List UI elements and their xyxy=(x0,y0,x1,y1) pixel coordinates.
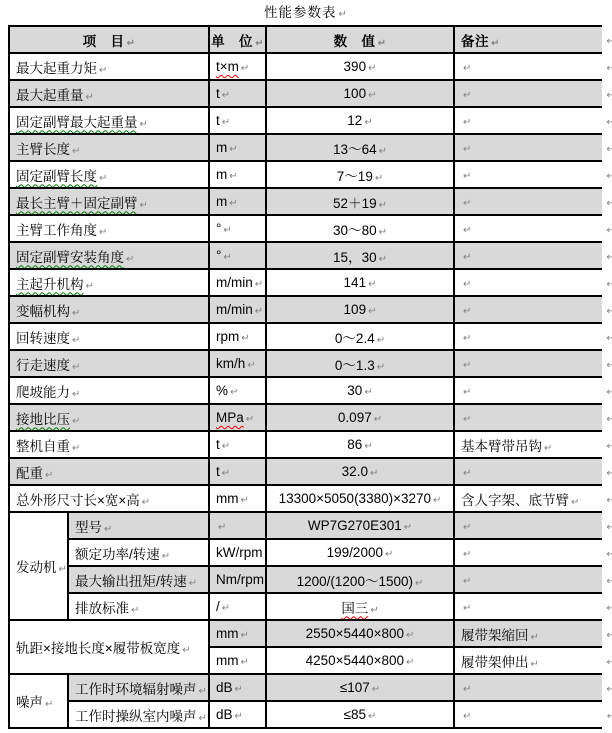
group-cell-text: 噪声 xyxy=(16,695,43,710)
unit-cell: t×m↵ xyxy=(209,53,266,80)
item-cell: 固定副臂最大起重量↵ xyxy=(9,107,209,134)
cell-end-mark-icon: ↵ xyxy=(140,200,148,211)
unit-cell-text: dB xyxy=(216,707,233,722)
value-cell: 109↵ xyxy=(266,296,454,323)
value-cell: 100↵ xyxy=(266,80,454,107)
header-value-text: 数 值 xyxy=(334,34,376,49)
unit-cell: km/h↵ xyxy=(209,350,266,377)
table-row: 最大起重量↵t↵100↵↵↵ xyxy=(9,80,612,107)
row-end: ↵ xyxy=(602,701,612,728)
row-end: ↵ xyxy=(602,323,612,350)
note-cell: 含人字架、底节臂↵ xyxy=(454,485,602,512)
row-end-mark-icon: ↵ xyxy=(606,576,612,587)
value-cell: 国三↵ xyxy=(266,593,454,620)
item-cell-text: 总外形尺寸长×宽×高 xyxy=(16,493,140,508)
value-cell-text: 30 xyxy=(347,383,362,398)
row-end-mark-icon: ↵ xyxy=(606,387,612,398)
header-item: 项 目↵ xyxy=(9,26,209,53)
cell-end-mark-icon: ↵ xyxy=(415,578,423,589)
unit-cell-text: m xyxy=(216,140,227,155)
cell-end-mark-icon: ↵ xyxy=(463,522,471,533)
cell-end-mark-icon: ↵ xyxy=(247,360,255,371)
cell-end-mark-icon: ↵ xyxy=(162,551,170,562)
table-title: 性能参数表↵ xyxy=(0,3,612,25)
note-cell: ↵ xyxy=(454,215,602,242)
cell-end-mark-icon: ↵ xyxy=(229,171,237,182)
value-cell: 0.097↵ xyxy=(266,404,454,431)
cell-end-mark-icon: ↵ xyxy=(463,414,471,425)
unit-cell-text: kW/rpm xyxy=(216,545,263,560)
item-cell-text: 固定副臂安装角度 xyxy=(16,250,124,265)
value-cell-text: 109 xyxy=(344,302,367,317)
value-cell: 199/2000↵ xyxy=(266,539,454,566)
item-cell: 主臂工作角度↵ xyxy=(9,215,209,242)
cell-end-mark-icon: ↵ xyxy=(377,362,385,373)
item-cell-text: 接地比压 xyxy=(16,412,70,427)
unit-cell: /↵ xyxy=(209,593,266,620)
unit-cell: mm↵ xyxy=(209,485,266,512)
cell-end-mark-icon: ↵ xyxy=(241,63,249,74)
sub-item-cell: 最大输出扭矩/转速↵ xyxy=(68,566,209,593)
note-cell: ↵ xyxy=(454,296,602,323)
row-end-mark-icon: ↵ xyxy=(606,252,612,263)
table-row: 轨距×接地长度×履带板宽度↵mm↵2550×5440×800↵履带架缩回↵↵ xyxy=(9,620,612,647)
cell-end-mark-icon: ↵ xyxy=(463,468,471,479)
note-cell: 履带架缩回↵ xyxy=(454,620,602,647)
item-cell-text: 爬坡能力 xyxy=(16,385,70,400)
row-end-mark-icon: ↵ xyxy=(606,198,612,209)
value-cell-text: 0.097 xyxy=(338,410,372,425)
value-cell-text: 13～64 xyxy=(333,142,377,157)
cell-end-mark-icon: ↵ xyxy=(378,38,387,49)
row-end: ↵ xyxy=(602,458,612,485)
cell-end-mark-icon: ↵ xyxy=(255,38,264,49)
table-row: 最大起重力矩↵t×m↵390↵↵↵ xyxy=(9,53,612,80)
value-cell-text: 86 xyxy=(347,437,362,452)
item-cell: 变幅机构↵ xyxy=(9,296,209,323)
cell-end-mark-icon: ↵ xyxy=(385,549,393,560)
sub-item-cell-text: 工作时操纵室内噪声 xyxy=(75,709,197,724)
item-cell: 轨距×接地长度×履带板宽度↵ xyxy=(9,620,209,674)
row-end: ↵ xyxy=(602,404,612,431)
cell-end-mark-icon: ↵ xyxy=(463,603,471,614)
item-cell-text: 轨距×接地长度×履带板宽度 xyxy=(16,641,180,656)
value-cell-text: ≤85 xyxy=(344,707,366,722)
header-value: 数 值↵ xyxy=(266,26,454,53)
cell-end-mark-icon: ↵ xyxy=(59,564,67,575)
item-cell: 爬坡能力↵ xyxy=(9,377,209,404)
value-cell-text: WP7G270E301 xyxy=(308,518,402,533)
unit-cell-text: t xyxy=(216,113,220,128)
item-cell-text: 变幅机构 xyxy=(16,304,70,319)
cell-end-mark-icon: ↵ xyxy=(235,711,243,722)
group-cell: 发动机↵ xyxy=(9,512,68,620)
value-cell: 4250×5440×800↵ xyxy=(266,647,454,674)
table-row: 回转速度↵rpm↵0～2.4↵↵↵ xyxy=(9,323,612,350)
note-cell: ↵ xyxy=(454,458,602,485)
unit-cell: kW/rpm↵ xyxy=(209,539,266,566)
header-item-text: 项 目 xyxy=(83,34,125,49)
cell-end-mark-icon: ↵ xyxy=(222,441,230,452)
value-cell-text: 15，30 xyxy=(333,250,377,265)
row-end-mark-icon: ↵ xyxy=(606,63,612,74)
unit-cell-text: mm xyxy=(216,491,239,506)
cell-end-mark-icon: ↵ xyxy=(531,659,539,670)
cell-end-mark-icon: ↵ xyxy=(372,684,380,695)
cell-end-mark-icon: ↵ xyxy=(463,333,471,344)
value-cell-text: 12 xyxy=(347,113,362,128)
value-cell-text: 141 xyxy=(344,275,367,290)
cell-end-mark-icon: ↵ xyxy=(463,171,471,182)
item-cell: 最大起重量↵ xyxy=(9,80,209,107)
row-end-mark-icon: ↵ xyxy=(606,225,612,236)
cell-end-mark-icon: ↵ xyxy=(229,144,237,155)
cell-end-mark-icon: ↵ xyxy=(544,443,552,454)
cell-end-mark-icon: ↵ xyxy=(86,92,94,103)
unit-cell: ↵ xyxy=(209,512,266,539)
table-row: 噪声↵工作时环境辐射噪声↵dB↵≤107↵↵↵ xyxy=(9,674,612,701)
cell-end-mark-icon: ↵ xyxy=(463,90,471,101)
row-end-mark-icon: ↵ xyxy=(606,684,612,695)
cell-end-mark-icon: ↵ xyxy=(379,254,387,265)
unit-cell: dB↵ xyxy=(209,701,266,728)
cell-end-mark-icon: ↵ xyxy=(142,497,150,508)
cell-end-mark-icon: ↵ xyxy=(222,603,230,614)
item-cell: 行走速度↵ xyxy=(9,350,209,377)
value-cell: 13300×5050(3380)×3270↵ xyxy=(266,485,454,512)
unit-cell: %↵ xyxy=(209,377,266,404)
table-row: 额定功率/转速↵kW/rpm↵199/2000↵↵↵ xyxy=(9,539,612,566)
row-end: ↵ xyxy=(602,53,612,80)
row-end: ↵ xyxy=(602,350,612,377)
value-cell: 52＋19↵ xyxy=(266,188,454,215)
row-end: ↵ xyxy=(602,485,612,512)
table-title-text: 性能参数表 xyxy=(264,5,337,20)
value-cell-text: 390 xyxy=(344,59,367,74)
cell-end-mark-icon: ↵ xyxy=(463,549,471,560)
note-cell: ↵ xyxy=(454,674,602,701)
cell-end-mark-icon: ↵ xyxy=(199,686,207,697)
value-cell-text: 199/2000 xyxy=(327,545,383,560)
note-cell: 基本臂带吊钩↵ xyxy=(454,431,602,458)
cell-end-mark-icon: ↵ xyxy=(72,146,80,157)
row-end-mark-icon: ↵ xyxy=(606,522,612,533)
value-cell-text: 1200/(1200～1500) xyxy=(297,574,413,589)
cell-end-mark-icon: ↵ xyxy=(72,389,80,400)
row-end-mark-icon: ↵ xyxy=(606,549,612,560)
item-cell-text: 配重 xyxy=(16,466,43,481)
value-cell-text: ≤107 xyxy=(340,680,370,695)
cell-end-mark-icon: ↵ xyxy=(104,524,112,535)
item-cell: 回转速度↵ xyxy=(9,323,209,350)
table-row: 固定副臂长度↵m↵7～19↵↵↵ xyxy=(9,161,612,188)
item-cell-text: 行走速度 xyxy=(16,358,70,373)
cell-end-mark-icon: ↵ xyxy=(463,225,471,236)
cell-end-mark-icon: ↵ xyxy=(463,117,471,128)
value-cell: 30↵ xyxy=(266,377,454,404)
value-cell: 32.0↵ xyxy=(266,458,454,485)
unit-cell-text: MPa xyxy=(216,410,244,425)
header-unit: 单 位↵ xyxy=(209,26,266,53)
sub-item-cell-text: 工作时环境辐射噪声 xyxy=(75,682,197,697)
unit-cell: m/min↵ xyxy=(209,269,266,296)
value-cell-text: 0～1.3 xyxy=(335,358,375,373)
value-cell: 15，30↵ xyxy=(266,242,454,269)
value-cell-text: 13300×5050(3380)×3270 xyxy=(279,491,431,506)
header-note-text: 备注 xyxy=(461,34,489,49)
cell-end-mark-icon: ↵ xyxy=(246,414,254,425)
table-row: 整机自重↵t↵86↵基本臂带吊钩↵↵ xyxy=(9,431,612,458)
item-cell-text: 回转速度 xyxy=(16,331,70,346)
unit-cell-text: / xyxy=(216,599,220,614)
value-cell-text: 2550×5440×800 xyxy=(306,626,404,641)
row-end-mark-icon: ↵ xyxy=(606,306,612,317)
note-cell: ↵ xyxy=(454,188,602,215)
unit-cell-text: t xyxy=(216,437,220,452)
cell-end-mark-icon: ↵ xyxy=(571,497,579,508)
unit-cell-text: t xyxy=(216,86,220,101)
cell-end-mark-icon: ↵ xyxy=(72,416,80,427)
cell-end-mark-icon: ↵ xyxy=(255,279,263,290)
sub-item-cell: 工作时环境辐射噪声↵ xyxy=(68,674,209,701)
note-cell: ↵ xyxy=(454,134,602,161)
cell-end-mark-icon: ↵ xyxy=(223,225,231,236)
note-cell: ↵ xyxy=(454,323,602,350)
cell-end-mark-icon: ↵ xyxy=(140,119,148,130)
item-cell: 配重↵ xyxy=(9,458,209,485)
table-row: 总外形尺寸长×宽×高↵mm↵13300×5050(3380)×3270↵含人字架… xyxy=(9,485,612,512)
item-cell: 最大起重力矩↵ xyxy=(9,53,209,80)
unit-cell-text: % xyxy=(216,383,228,398)
unit-cell: rpm↵ xyxy=(209,323,266,350)
cell-end-mark-icon: ↵ xyxy=(199,713,207,724)
note-cell-text: 履带架伸出 xyxy=(461,655,529,670)
item-cell: 总外形尺寸长×宽×高↵ xyxy=(9,485,209,512)
cell-end-mark-icon: ↵ xyxy=(241,495,249,506)
cell-end-mark-icon: ↵ xyxy=(368,279,376,290)
value-cell: 7～19↵ xyxy=(266,161,454,188)
cell-end-mark-icon: ↵ xyxy=(463,576,471,587)
table-row: 最大输出扭矩/转速↵Nm/rpm↵1200/(1200～1500)↵↵↵ xyxy=(9,566,612,593)
item-cell: 主起升机构↵ xyxy=(9,269,209,296)
cell-end-mark-icon: ↵ xyxy=(99,173,107,184)
row-end-mark-icon: ↵ xyxy=(606,279,612,290)
item-cell: 固定副臂长度↵ xyxy=(9,161,209,188)
note-cell: ↵ xyxy=(454,242,602,269)
cell-end-mark-icon: ↵ xyxy=(182,645,190,656)
table-row: 排放标准↵/↵国三↵↵↵ xyxy=(9,593,612,620)
note-cell: ↵ xyxy=(454,80,602,107)
cell-end-mark-icon: ↵ xyxy=(463,306,471,317)
table-row: 工作时操纵室内噪声↵dB↵≤85↵↵↵ xyxy=(9,701,612,728)
cell-end-mark-icon: ↵ xyxy=(379,200,387,211)
sub-item-cell: 额定功率/转速↵ xyxy=(68,539,209,566)
cell-end-mark-icon: ↵ xyxy=(235,684,243,695)
value-cell-text: 32.0 xyxy=(342,464,368,479)
cell-end-mark-icon: ↵ xyxy=(368,711,376,722)
cell-end-mark-icon: ↵ xyxy=(463,198,471,209)
row-end: ↵ xyxy=(602,620,612,647)
table-row: 固定副臂安装角度↵°↵15，30↵↵↵ xyxy=(9,242,612,269)
item-cell: 固定副臂安装角度↵ xyxy=(9,242,209,269)
cell-end-mark-icon: ↵ xyxy=(433,495,441,506)
row-end: ↵ xyxy=(602,431,612,458)
item-cell: 最长主臂＋固定副臂↵ xyxy=(9,188,209,215)
parameters-table-body: 项 目↵单 位↵数 值↵备注↵↵最大起重力矩↵t×m↵390↵↵↵最大起重量↵t… xyxy=(9,26,612,728)
table-row: 爬坡能力↵%↵30↵↵↵ xyxy=(9,377,612,404)
row-end-mark-icon: ↵ xyxy=(606,468,612,479)
note-cell: ↵ xyxy=(454,566,602,593)
unit-cell: m/min↵ xyxy=(209,296,266,323)
cell-end-mark-icon: ↵ xyxy=(230,387,238,398)
unit-cell-text: Nm/rpm xyxy=(216,572,264,587)
cell-end-mark-icon: ↵ xyxy=(86,281,94,292)
row-end: ↵ xyxy=(602,593,612,620)
value-cell: 0～2.4↵ xyxy=(266,323,454,350)
cell-end-mark-icon: ↵ xyxy=(126,254,134,265)
table-row: 接地比压↵MPa↵0.097↵↵↵ xyxy=(9,404,612,431)
unit-cell: m↵ xyxy=(209,161,266,188)
row-end-mark-icon: ↵ xyxy=(606,603,612,614)
note-cell: ↵ xyxy=(454,404,602,431)
cell-end-mark-icon: ↵ xyxy=(375,173,383,184)
group-cell: 噪声↵ xyxy=(9,674,68,728)
row-end: ↵ xyxy=(602,107,612,134)
cell-end-mark-icon: ↵ xyxy=(255,306,263,317)
row-end-mark-icon: ↵ xyxy=(606,333,612,344)
cell-end-mark-icon: ↵ xyxy=(463,360,471,371)
item-cell-text: 主臂长度 xyxy=(16,142,70,157)
value-cell-text: 30～80 xyxy=(333,223,377,238)
sub-item-cell-text: 额定功率/转速 xyxy=(75,547,160,562)
value-cell: 30～80↵ xyxy=(266,215,454,242)
cell-end-mark-icon: ↵ xyxy=(368,90,376,101)
unit-cell: mm↵ xyxy=(209,620,266,647)
row-end: ↵ xyxy=(602,539,612,566)
note-cell: ↵ xyxy=(454,107,602,134)
unit-cell: dB↵ xyxy=(209,674,266,701)
cell-end-mark-icon: ↵ xyxy=(72,335,80,346)
cell-end-mark-icon: ↵ xyxy=(222,90,230,101)
cell-end-mark-icon: ↵ xyxy=(406,630,414,641)
cell-end-mark-icon: ↵ xyxy=(99,227,107,238)
table-row: 行走速度↵km/h↵0～1.3↵↵↵ xyxy=(9,350,612,377)
unit-cell-text: ° xyxy=(216,248,221,263)
cell-end-mark-icon: ↵ xyxy=(241,630,249,641)
row-end: ↵ xyxy=(602,134,612,161)
cell-end-mark-icon: ↵ xyxy=(364,441,372,452)
note-cell-text: 含人字架、底节臂 xyxy=(461,493,569,508)
cell-end-mark-icon: ↵ xyxy=(370,605,378,616)
note-cell: ↵ xyxy=(454,593,602,620)
note-cell: ↵ xyxy=(454,350,602,377)
row-end-mark-icon: ↵ xyxy=(606,171,612,182)
item-cell: 整机自重↵ xyxy=(9,431,209,458)
unit-cell: MPa↵ xyxy=(209,404,266,431)
row-end: ↵ xyxy=(602,188,612,215)
cell-end-mark-icon: ↵ xyxy=(45,470,53,481)
unit-cell-text: ° xyxy=(216,221,221,236)
cell-end-mark-icon: ↵ xyxy=(189,578,197,589)
value-cell: WP7G270E301↵ xyxy=(266,512,454,539)
cell-end-mark-icon: ↵ xyxy=(370,468,378,479)
value-cell: 2550×5440×800↵ xyxy=(266,620,454,647)
cell-end-mark-icon: ↵ xyxy=(379,227,387,238)
item-cell-text: 最长主臂＋固定副臂 xyxy=(16,196,138,211)
paragraph-mark-icon: ↵ xyxy=(339,9,348,20)
unit-cell: °↵ xyxy=(209,215,266,242)
table-row: 主臂工作角度↵°↵30～80↵↵↵ xyxy=(9,215,612,242)
unit-cell-text: m xyxy=(216,167,227,182)
cell-end-mark-icon: ↵ xyxy=(463,711,471,722)
cell-end-mark-icon: ↵ xyxy=(223,252,231,263)
sub-item-cell: 工作时操纵室内噪声↵ xyxy=(68,701,209,728)
sub-item-cell-text: 型号 xyxy=(75,520,102,535)
row-end: ↵ xyxy=(602,269,612,296)
unit-cell: m↵ xyxy=(209,134,266,161)
item-cell-text: 整机自重 xyxy=(16,439,70,454)
value-cell: 13～64↵ xyxy=(266,134,454,161)
cell-end-mark-icon: ↵ xyxy=(531,632,539,643)
value-cell-text: 52＋19 xyxy=(333,196,377,211)
unit-cell: Nm/rpm↵ xyxy=(209,566,266,593)
value-cell: ≤85↵ xyxy=(266,701,454,728)
cell-end-mark-icon: ↵ xyxy=(99,65,107,76)
cell-end-mark-icon: ↵ xyxy=(377,335,385,346)
note-cell: ↵ xyxy=(454,161,602,188)
unit-cell-text: m xyxy=(216,194,227,209)
row-end-mark-icon: ↵ xyxy=(606,414,612,425)
row-end-mark-icon: ↵ xyxy=(606,90,612,101)
cell-end-mark-icon: ↵ xyxy=(222,117,230,128)
table-row: 配重↵t↵32.0↵↵↵ xyxy=(9,458,612,485)
unit-cell: t↵ xyxy=(209,458,266,485)
cell-end-mark-icon: ↵ xyxy=(222,468,230,479)
item-cell: 主臂长度↵ xyxy=(9,134,209,161)
cell-end-mark-icon: ↵ xyxy=(241,333,249,344)
cell-end-mark-icon: ↵ xyxy=(379,146,387,157)
sub-item-cell-text: 最大输出扭矩/转速 xyxy=(75,574,187,589)
table-row: 变幅机构↵m/min↵109↵↵↵ xyxy=(9,296,612,323)
header-row: 项 目↵单 位↵数 值↵备注↵↵ xyxy=(9,26,612,53)
cell-end-mark-icon: ↵ xyxy=(374,414,382,425)
note-cell: ↵ xyxy=(454,53,602,80)
row-end: ↵ xyxy=(602,674,612,701)
value-cell-text: 0～2.4 xyxy=(335,331,375,346)
item-cell-text: 最大起重量 xyxy=(16,88,84,103)
cell-end-mark-icon: ↵ xyxy=(463,684,471,695)
item-cell-text: 最大起重力矩 xyxy=(16,61,97,76)
unit-cell: t↵ xyxy=(209,107,266,134)
unit-cell-text: mm xyxy=(216,626,239,641)
row-end-mark-icon: ↵ xyxy=(606,657,612,668)
table-row: 主臂长度↵m↵13～64↵↵↵ xyxy=(9,134,612,161)
row-end: ↵ xyxy=(602,215,612,242)
cell-end-mark-icon: ↵ xyxy=(131,605,139,616)
table-row: 发动机↵型号↵↵WP7G270E301↵↵↵ xyxy=(9,512,612,539)
cell-end-mark-icon: ↵ xyxy=(241,657,249,668)
sub-item-cell-text: 排放标准 xyxy=(75,601,129,616)
cell-end-mark-icon: ↵ xyxy=(72,308,80,319)
note-cell: ↵ xyxy=(454,539,602,566)
cell-end-mark-icon: ↵ xyxy=(218,522,226,533)
value-cell: 12↵ xyxy=(266,107,454,134)
table-row: 固定副臂最大起重量↵t↵12↵↵↵ xyxy=(9,107,612,134)
unit-cell-text: m/min xyxy=(216,302,253,317)
row-end-mark-icon: ↵ xyxy=(606,117,612,128)
cell-end-mark-icon: ↵ xyxy=(404,522,412,533)
cell-end-mark-icon: ↵ xyxy=(364,117,372,128)
